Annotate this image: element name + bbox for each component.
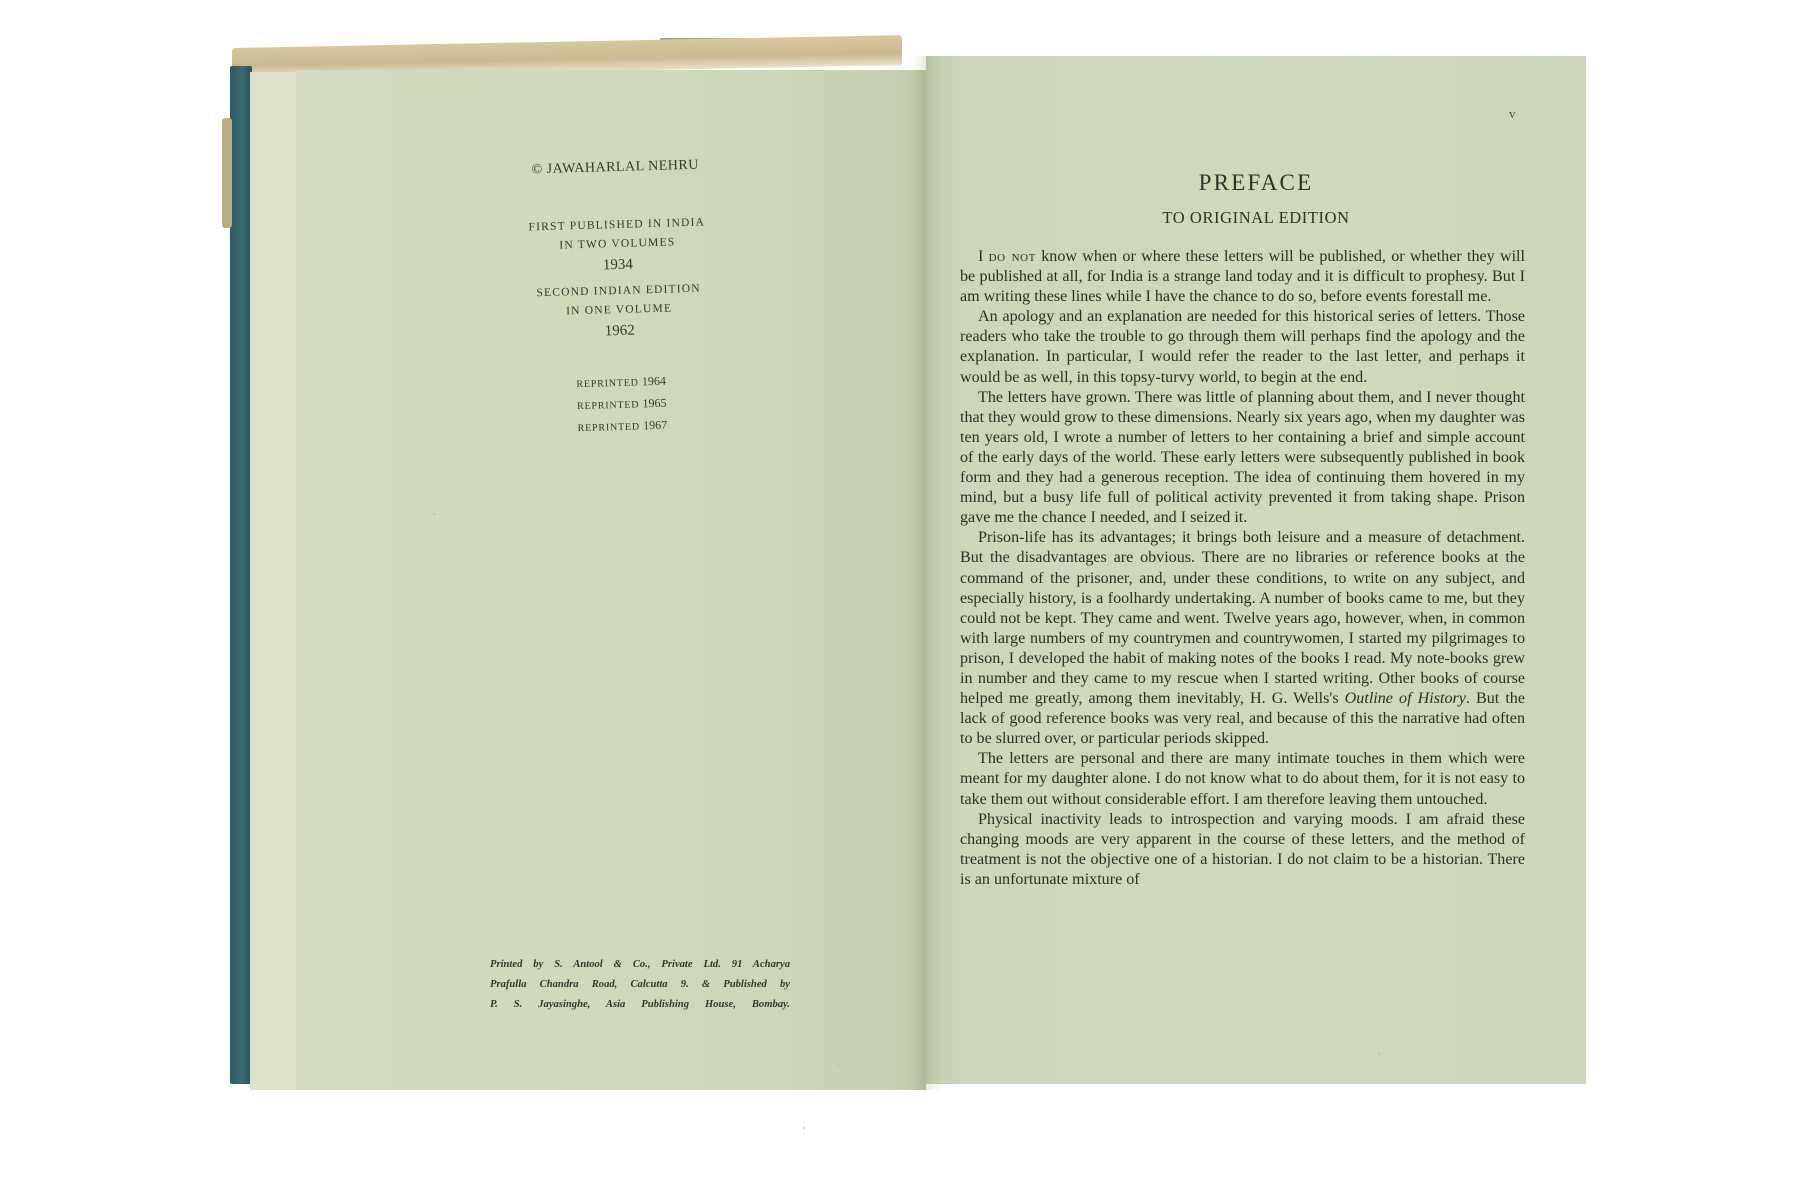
preface-body: I do not know when or where these letter… xyxy=(960,247,1525,890)
paper-speck xyxy=(803,1127,805,1129)
paragraph-text: The letters are personal and there are m… xyxy=(960,750,1525,807)
reprint-list: REPRINTED 1964 REPRINTED 1965 REPRINTED … xyxy=(486,368,758,442)
preface-subtitle: TO ORIGINAL EDITION xyxy=(926,208,1586,228)
book-cover-spine xyxy=(230,66,252,1084)
paragraph-lead-smallcaps: do not xyxy=(989,248,1036,265)
imprint-block: © JAWAHARLAL NEHRU FIRST PUBLISHED IN IN… xyxy=(480,156,758,441)
paper-speck xyxy=(433,513,435,515)
reprint-year: 1967 xyxy=(643,418,667,433)
reprint-label: REPRINTED xyxy=(578,421,640,434)
paragraph-text: Prison-life has its advantages; it bring… xyxy=(960,529,1525,707)
printer-note-line-1: Printed by S. Antool & Co., Private Ltd.… xyxy=(490,955,790,975)
book-title-italic: Outline of History xyxy=(1345,690,1466,707)
paragraph: An apology and an explanation are needed… xyxy=(960,307,1525,387)
reprint-label: REPRINTED xyxy=(577,399,639,412)
second-edition-block: SECOND INDIAN EDITION IN ONE VOLUME 1962 xyxy=(483,278,755,346)
paragraph: The letters have grown. There was little… xyxy=(960,388,1525,529)
paragraph: I do not know when or where these letter… xyxy=(960,247,1525,307)
printer-note-line-2: Prafulla Chandra Road, Calcutta 9. & Pub… xyxy=(490,975,790,995)
reprint-year: 1965 xyxy=(642,396,666,411)
paragraph: Prison-life has its advantages; it bring… xyxy=(960,528,1525,749)
printer-publisher-note: Printed by S. Antool & Co., Private Ltd.… xyxy=(490,955,790,1015)
paragraph: The letters are personal and there are m… xyxy=(960,749,1525,809)
paper-speck xyxy=(837,1065,839,1067)
printer-note-line-3: P. S. Jayasinghe, Asia Publishing House,… xyxy=(490,995,790,1015)
first-edition-block: FIRST PUBLISHED IN INDIA IN TWO VOLUMES … xyxy=(482,212,754,280)
paragraph: Physical inactivity leads to introspecti… xyxy=(960,810,1525,890)
paper-speck xyxy=(1378,1053,1380,1055)
reprint-year: 1964 xyxy=(642,374,666,389)
page-number: v xyxy=(1509,106,1516,122)
paragraph-text: Physical inactivity leads to introspecti… xyxy=(960,811,1525,888)
page-stack-edge xyxy=(250,72,299,1090)
paragraph-lead: I xyxy=(978,248,989,265)
paragraph-text: An apology and an explanation are needed… xyxy=(960,308,1525,385)
preface-title: PREFACE xyxy=(926,170,1586,196)
reprint-label: REPRINTED xyxy=(576,377,638,390)
cover-tape-fragment xyxy=(222,118,232,228)
open-book: © JAWAHARLAL NEHRU FIRST PUBLISHED IN IN… xyxy=(0,0,1800,1200)
paragraph-text: know when or where these letters will be… xyxy=(960,248,1525,305)
paragraph-text: The letters have grown. There was little… xyxy=(960,389,1525,527)
